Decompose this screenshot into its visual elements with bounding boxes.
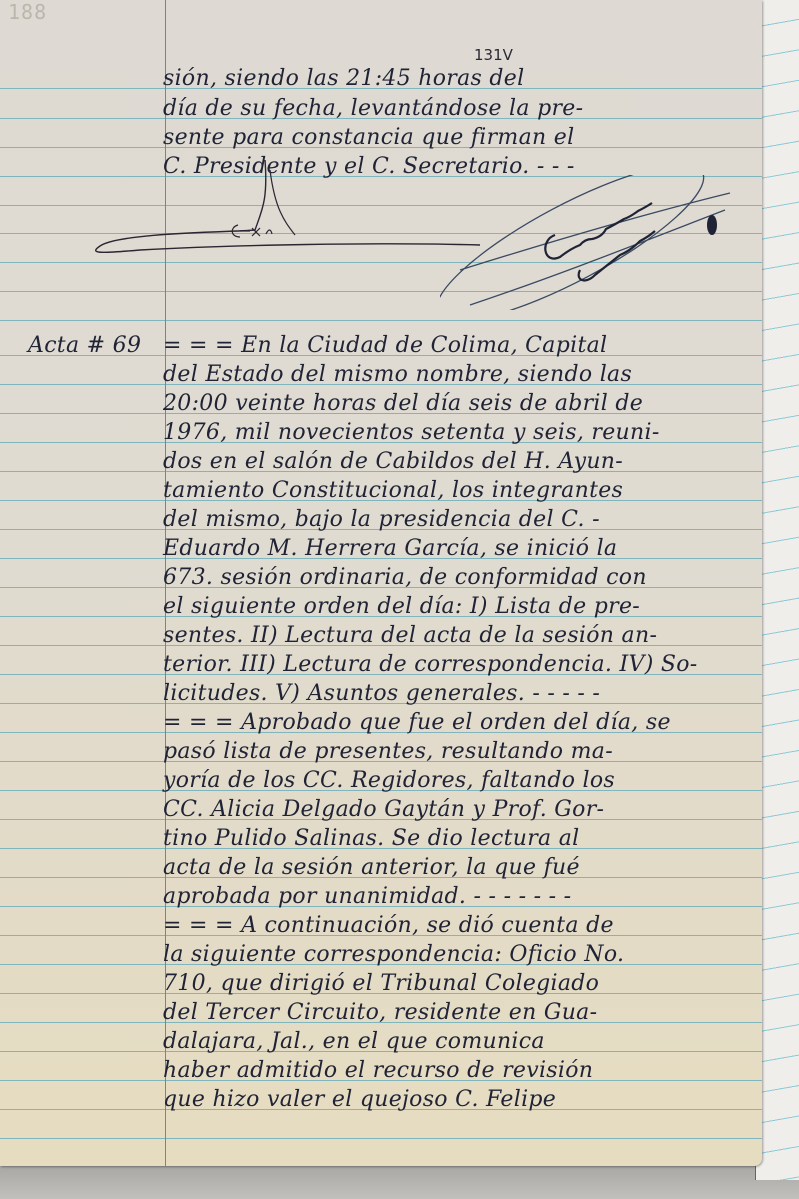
acta-line: 673. sesión ordinaria, de conformidad co…	[163, 565, 647, 590]
signature-secretary	[440, 175, 740, 310]
acta-line: 20:00 veinte horas del día seis de abril…	[163, 391, 643, 416]
desk-surface	[0, 1165, 799, 1199]
acta-line: pasó lista de presentes, resultando ma-	[163, 739, 613, 764]
rule-line	[0, 320, 762, 321]
acta-line: = = = Aprobado que fue el orden del día,…	[163, 710, 671, 735]
acta-line: acta de la sesión anterior, la que fué	[163, 855, 580, 880]
acta-line: CC. Alicia Delgado Gaytán y Prof. Gor-	[163, 797, 604, 822]
closing-line: sión, siendo las 21:45 horas del	[163, 66, 524, 91]
acta-line: 1976, mil novecientos setenta y seis, re…	[163, 420, 660, 445]
page-number: 131V	[474, 46, 513, 64]
acta-line: = = = A continuación, se dió cuenta de	[163, 913, 614, 938]
acta-number-label: Acta # 69	[28, 333, 141, 358]
closing-line: día de su fecha, levantándose la pre-	[163, 96, 583, 121]
acta-line: la siguiente correspondencia: Oficio No.	[163, 942, 624, 967]
rule-line	[0, 1138, 762, 1139]
acta-line: haber admitido el recurso de revisión	[163, 1058, 593, 1083]
rule-line	[0, 291, 762, 292]
acta-line: 710, que dirigió el Tribunal Colegiado	[163, 971, 599, 996]
acta-line: licitudes. V) Asuntos generales. - - - -…	[163, 681, 600, 706]
acta-line: tamiento Constitucional, los integrantes	[163, 478, 623, 503]
rule-line	[0, 205, 762, 206]
acta-line: tino Pulido Salinas. Se dio lectura al	[163, 826, 579, 851]
ledger-page: 188 131V sión, siendo las 21:45 horas de…	[0, 0, 762, 1166]
acta-line: Eduardo M. Herrera García, se inició la	[163, 536, 617, 561]
acta-line: que hizo valer el quejoso C. Felipe	[163, 1087, 556, 1112]
rule-line	[0, 262, 762, 263]
acta-line: dalajara, Jal., en el que comunica	[163, 1029, 545, 1054]
acta-line: del Estado del mismo nombre, siendo las	[163, 362, 632, 387]
acta-line: el siguiente orden del día: I) Lista de …	[163, 594, 640, 619]
closing-line: C. Presidente y el C. Secretario. - - -	[163, 154, 575, 179]
acta-line: = = = En la Ciudad de Colima, Capital	[163, 333, 607, 358]
acta-line: dos en el salón de Cabildos del H. Ayun-	[163, 449, 623, 474]
acta-line: yoría de los CC. Regidores, faltando los	[163, 768, 615, 793]
acta-line: sentes. II) Lectura del acta de la sesió…	[163, 623, 657, 648]
acta-line: terior. III) Lectura de correspondencia.…	[163, 652, 698, 677]
rule-line	[0, 233, 762, 234]
acta-line: del mismo, bajo la presidencia del C. -	[163, 507, 600, 532]
folio-stamp: 188	[8, 0, 47, 24]
acta-line: del Tercer Circuito, residente en Gua-	[163, 1000, 597, 1025]
closing-line: sente para constancia que firman el	[163, 125, 574, 150]
acta-line: aprobada por unanimidad. - - - - - - -	[163, 884, 571, 909]
